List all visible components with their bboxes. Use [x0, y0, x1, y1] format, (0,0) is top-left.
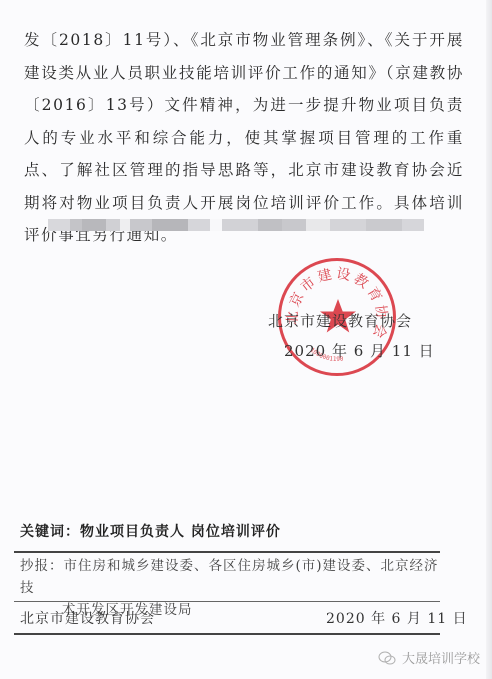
footer-organization: 北京市建设教育协会 — [20, 608, 155, 628]
body-paragraph-text: 发〔2018〕11号）、《北京市物业管理条例》、《关于开展建设类从业人员职业技能… — [24, 24, 464, 252]
redacted-line — [48, 219, 456, 231]
footer-date: 2020 年 6 月 11 日 — [326, 608, 468, 628]
signature-date: 2020 年 6 月 11 日 — [284, 340, 435, 361]
divider-top — [14, 551, 440, 553]
watermark: 大晟培训学校 — [378, 648, 480, 667]
page-edge-shadow — [486, 0, 492, 679]
body-paragraph: 发〔2018〕11号）、《北京市物业管理条例》、《关于开展建设类从业人员职业技能… — [24, 24, 464, 252]
watermark-text: 大晟培训学校 — [402, 648, 480, 667]
wechat-icon — [378, 651, 396, 665]
cc-label: 抄报： — [20, 558, 64, 574]
keywords: 关键词：物业项目负责人 岗位培训评价 — [20, 521, 281, 541]
signature-organization: 北京市建设教育协会 — [268, 310, 412, 331]
divider-middle — [14, 601, 440, 602]
divider-bottom — [14, 633, 440, 635]
cc-line-1: 市住房和城乡建设委、各区住房城乡(市)建设委、北京经济技 — [20, 558, 439, 596]
